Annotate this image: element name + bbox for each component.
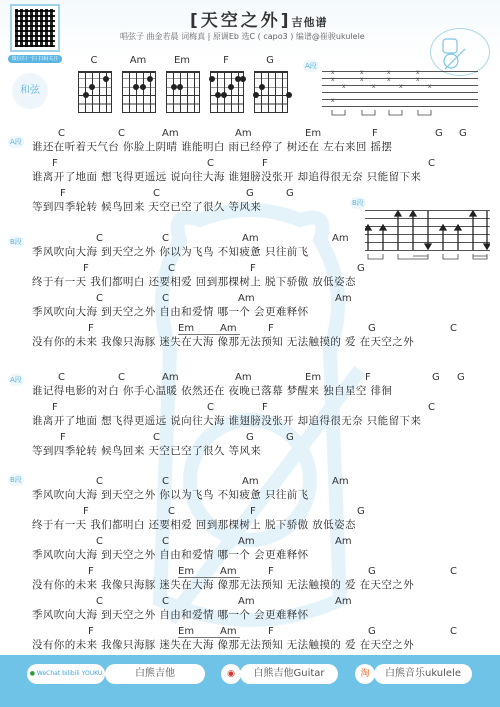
account-link-3[interactable]: 白熊音乐ukulele	[374, 664, 472, 684]
lyric-line: FCGG 等到四季轮转 候鸟回来 天空已空了很久 等风来	[32, 432, 261, 457]
lyric-line: CCAmAm 季风吹向大海 到天空之外 自由和爱情 哪一个 会更难释怀	[32, 536, 309, 561]
lyric-line: FCFG 终于有一天 我们都明白 还要相爱 回到那棵树上 脱下骄傲 放低姿态	[32, 506, 356, 531]
lyric-line: CCAmAm 季风吹向大海 到天空之外 自由和爱情 哪一个 会更难释怀	[32, 596, 309, 621]
rhythm-pattern-a: xxxxxxxxxxxxx	[322, 68, 478, 116]
lyric-line: CCAmAm 季风吹向大海 到天空之外 你以为飞鸟 不知疲惫 只往前飞	[32, 476, 309, 501]
page-title: [天空之外]吉他谱	[190, 6, 328, 31]
rhythm-a-label: A段	[303, 60, 319, 72]
section-label-a2: A段	[8, 374, 24, 386]
svg-text:x: x	[399, 83, 403, 90]
svg-text:x: x	[331, 76, 335, 83]
song-meta: 唱弦子 曲金若晨 词梅真 | 原调Eb 选C ( capo3 ) 编谱@崔骏uk…	[120, 31, 365, 42]
taobao-icon: 淘	[355, 664, 375, 684]
title-suffix: 吉他谱	[292, 16, 328, 29]
lyric-line: FCFG 终于有一天 我们都明白 还要相爱 回到那棵树上 脱下骄傲 放低姿态	[32, 263, 356, 288]
svg-text:x: x	[342, 83, 346, 90]
svg-text:x: x	[416, 76, 420, 83]
lyric-line: FEmAmFGC 没有你的未来 我像只海豚 迷失在大海 像那无法预知 无法触摸的…	[32, 566, 414, 591]
section-label-b2: B段	[8, 474, 24, 486]
rhythm-pattern-b	[365, 208, 490, 268]
svg-text:x: x	[416, 69, 420, 76]
svg-text:x: x	[428, 83, 432, 90]
svg-text:x: x	[360, 69, 364, 76]
lyric-text: 谁还在听着天气台 你脸上阴晴 谁能明白 雨已经停了 树还在 左右来回 摇摆	[32, 139, 392, 153]
svg-text:x: x	[331, 97, 335, 104]
chords-label: 和弦	[12, 73, 48, 109]
lyric-line: FEmAmFGC 没有你的未来 我像只海豚 迷失在大海 像那无法预知 无法触摸的…	[32, 323, 414, 348]
sheet-page: 微信扫一扫 扫码关注 [天空之外]吉他谱 唱弦子 曲金若晨 词梅真 | 原调Eb…	[0, 0, 500, 707]
rhythm-b-label: B段	[350, 197, 366, 209]
lyric-line: FEmAmFGC 没有你的未来 我像只海豚 迷失在大海 像那无法预知 无法触摸的…	[32, 626, 414, 651]
lyric-line: CCAmAmEmFGG 谁还在听着天气台 你脸上阴晴 谁能明白 雨已经停了 树还…	[32, 128, 392, 153]
account-link-1[interactable]: 白熊吉他	[105, 664, 205, 684]
bilibili-youku-icon: WeChat bilibili YOUKU	[37, 670, 102, 677]
weibo-icon: ◉	[221, 664, 241, 684]
lyric-line: FCFC 谁离开了地面 想飞得更遥远 说向往大海 谁翅膀没张开 却追得很无奈 只…	[32, 402, 421, 427]
chord-row: CCAmAmEmFGG	[32, 128, 392, 139]
lyric-line: CCAmAm 季风吹向大海 到天空之外 自由和爱情 哪一个 会更难释怀	[32, 293, 309, 318]
account-link-2[interactable]: 白熊吉他Guitar	[240, 664, 338, 684]
svg-text:x: x	[331, 69, 335, 76]
lyric-line: FCGG 等到四季轮转 候鸟回来 天空已空了很久 等风来	[32, 188, 261, 213]
svg-text:x: x	[387, 76, 391, 83]
lyric-line: CCAmAm 季风吹向大海 到天空之外 你以为飞鸟 不知疲惫 只往前飞	[32, 233, 309, 258]
qr-code[interactable]	[10, 4, 60, 52]
platforms-icons: ● WeChat bilibili YOUKU	[27, 664, 105, 684]
wechat-icon: ●	[30, 670, 35, 677]
lyric-line: CCAmAmEmFGG 谁记得电影的对白 你手心温暖 依然还在 夜晚已落幕 梦醒…	[32, 372, 392, 397]
qr-label: 微信扫一扫 扫码关注	[8, 55, 62, 63]
lyric-line: FCFC 谁离开了地面 想飞得更遥远 说向往大海 谁翅膀没张开 却追得很无奈 只…	[32, 158, 421, 183]
svg-text:x: x	[372, 83, 376, 90]
svg-text:x: x	[387, 69, 391, 76]
section-label-a1: A段	[8, 136, 24, 148]
footer-bar: ● WeChat bilibili YOUKU 白熊吉他 ◉ 白熊吉他Guita…	[0, 655, 500, 707]
svg-text:x: x	[360, 76, 364, 83]
section-label-b1: B段	[8, 236, 24, 248]
